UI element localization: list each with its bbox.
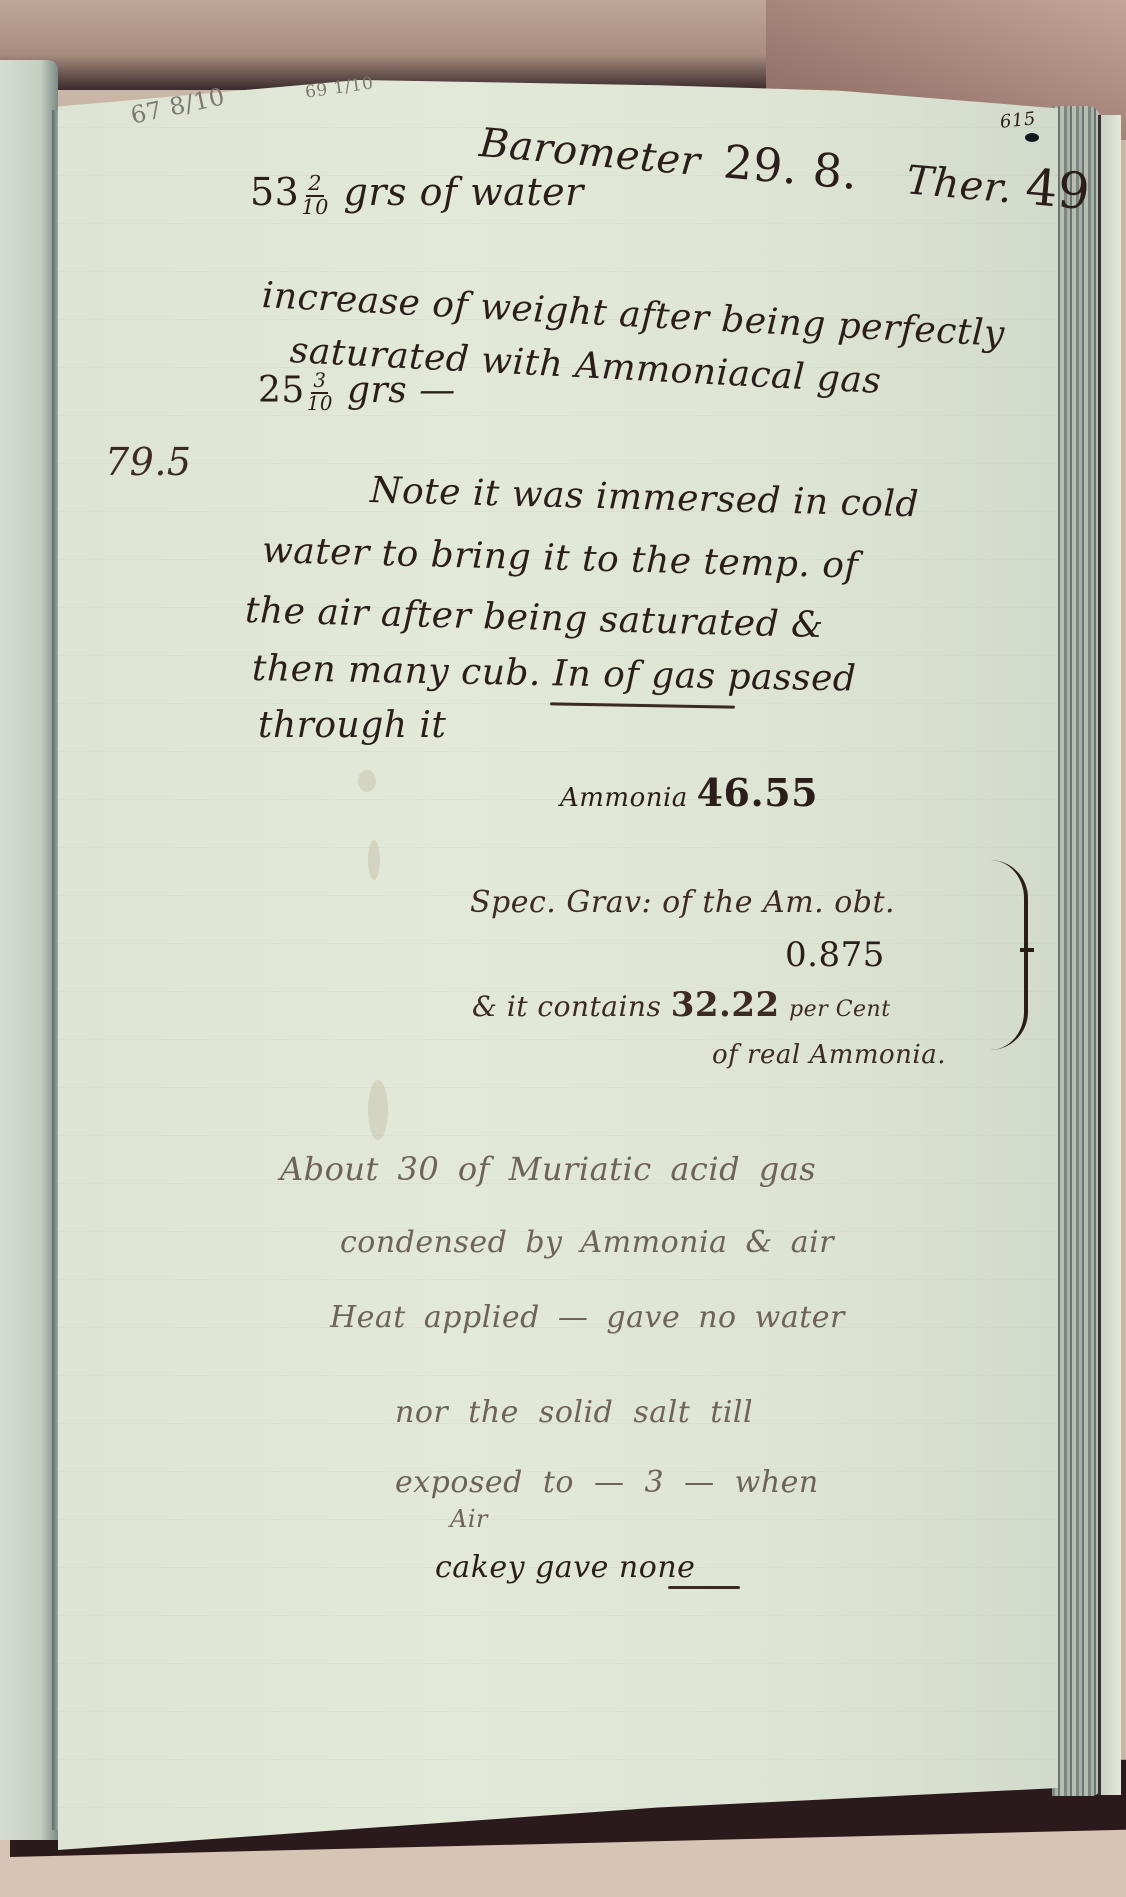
muriatic-line-5: exposed to — 3 — when xyxy=(395,1465,819,1500)
fraction: 210 xyxy=(301,173,329,219)
thermometer-value: 49 xyxy=(1023,158,1092,221)
percent-value: 32.22 xyxy=(671,985,780,1025)
note-line-5: through it xyxy=(258,705,446,746)
brace-arrow xyxy=(1020,948,1034,952)
spec-grav-line4: of real Ammonia. xyxy=(712,1040,946,1070)
curly-brace xyxy=(990,860,1028,1050)
page-block-edges xyxy=(1052,106,1100,1796)
ammonia-result: Ammonia 46.55 xyxy=(560,770,818,815)
book-gutter xyxy=(52,110,58,1830)
muriatic-line-3: Heat applied — gave no water xyxy=(330,1300,845,1335)
spec-grav-line3: & it contains 32.22 per Cent xyxy=(472,985,891,1025)
muriatic-line-4: nor the solid salt till xyxy=(395,1395,753,1430)
left-page-edge xyxy=(0,60,58,1840)
fraction: 310 xyxy=(307,371,333,415)
ammonia-value: 46.55 xyxy=(697,770,819,815)
spec-grav-line1: Spec. Grav: of the Am. obt. xyxy=(470,885,895,920)
margin-note: 79.5 xyxy=(105,440,192,484)
entry-water: 53210 grs of water xyxy=(250,170,584,218)
barometer-value: 29. 8. xyxy=(721,134,860,200)
muriatic-line-1: About 30 of Muriatic acid gas xyxy=(280,1150,816,1188)
thermometer-label: Ther. xyxy=(905,157,1015,212)
muriatic-line-7: cakey gave none xyxy=(435,1550,695,1585)
spec-grav-value: 0.875 xyxy=(785,935,885,975)
muriatic-line-6: Air xyxy=(450,1505,488,1533)
entry-gas-weight: 25310 grs — xyxy=(258,370,456,415)
ink-blot xyxy=(1025,133,1039,142)
page-number: 615 xyxy=(999,108,1037,133)
back-cover-edge xyxy=(1098,115,1121,1795)
muriatic-line-2: condensed by Ammonia & air xyxy=(340,1225,834,1260)
none-underline xyxy=(668,1586,740,1589)
